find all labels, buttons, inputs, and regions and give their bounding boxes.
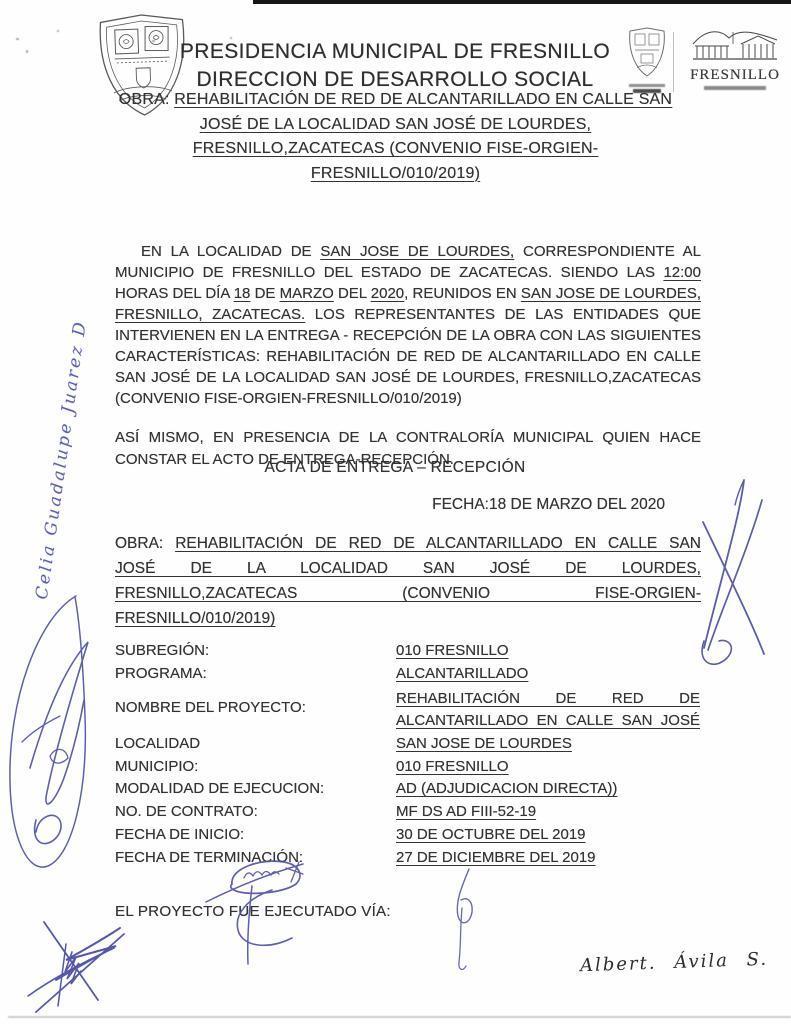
obra-heading: OBRA: REHABILITACIÓN DE RED DE ALCANTARI…	[92, 88, 699, 186]
field-value: MF DS AD FIII-52-19	[396, 803, 700, 820]
obra-label: OBRA:	[119, 91, 170, 108]
logo-divider	[673, 32, 674, 92]
signature-thin-center-right	[457, 869, 472, 969]
field-label: MODALIDAD DE EJECUCION:	[115, 780, 324, 797]
field-label: FECHA DE INICIO:	[115, 826, 244, 843]
text-segment: SAN JOSE DE LOURDES,	[320, 243, 514, 260]
field-label: PROGRAMA:	[115, 665, 207, 682]
text-segment: DEL	[334, 285, 371, 302]
obra-label: OBRA:	[115, 535, 163, 552]
text-segment: , REUNIDOS EN	[404, 285, 521, 302]
field-value: 010 FRESNILLO	[396, 758, 700, 775]
text-segment: HORAS DEL DÍA	[115, 285, 234, 302]
scan-bottom-edge-artifact	[8, 1016, 791, 1018]
text-segment: EN LA LOCALIDAD DE	[141, 243, 320, 260]
field-value: ALCANTARILLADO	[396, 665, 700, 682]
fresnillo-tagline-line	[704, 86, 766, 90]
fresnillo-building-icon	[685, 26, 785, 64]
field-row-fecha-inicio: FECHA DE INICIO: 30 DE OCTUBRE DEL 2019	[115, 826, 701, 848]
field-label: MUNICIPIO:	[115, 758, 198, 775]
text-segment: MARZO	[280, 285, 334, 302]
field-value: AD (ADJUDICACION DIRECTA))	[396, 780, 700, 797]
field-label: FECHA DE TERMINACIÓN:	[115, 849, 303, 866]
scan-edge-artifact	[253, 0, 791, 4]
ayuntamiento-crest-icon	[627, 26, 667, 82]
obra-heading-line1: OBRA: REHABILITACIÓN DE RED DE ALCANTARI…	[92, 88, 699, 113]
text-segment: 12:00	[663, 264, 701, 281]
field-value: 010 FRESNILLO	[396, 642, 700, 659]
field-row-programa: PROGRAMA: ALCANTARILLADO	[115, 665, 701, 687]
obra-restate-line2: JOSÉ DE LA LOCALIDAD SAN JOSÉ DE LOURDES…	[115, 556, 701, 581]
fresnillo-logo: FRESNILLO	[682, 26, 788, 90]
acta-title: ACTA DE ENTREGA – RECEPCIÓN	[115, 459, 675, 477]
field-row-nombre-proyecto: NOMBRE DEL PROYECTO: REHABILITACIÓN DE R…	[115, 688, 701, 734]
obra-heading-line3: FRESNILLO,ZACATECAS (CONVENIO FISE-ORGIE…	[92, 137, 699, 162]
field-row-subregion: SUBREGIÓN: 010 FRESNILLO	[115, 642, 701, 664]
field-row-contrato: NO. DE CONTRATO: MF DS AD FIII-52-19	[115, 803, 701, 825]
text-segment: 18	[234, 285, 251, 302]
text-segment: DE	[250, 285, 279, 302]
obra-restate-line4: FRESNILLO/010/2019)	[115, 606, 701, 631]
field-label: LOCALIDAD	[115, 735, 200, 752]
field-row-modalidad: MODALIDAD DE EJECUCION: AD (ADJUDICACION…	[115, 780, 701, 802]
field-row-fecha-terminacion: FECHA DE TERMINACIÓN: 27 DE DICIEMBRE DE…	[115, 849, 701, 871]
field-value: 27 DE DICIEMBRE DEL 2019	[396, 849, 700, 866]
signature-bottom-left	[28, 922, 124, 1012]
scan-speck	[57, 30, 59, 32]
field-row-municipio: MUNICIPIO: 010 FRESNILLO	[115, 758, 701, 780]
field-value-multiline: REHABILITACIÓN DE RED DE ALCANTARILLADO …	[396, 688, 700, 732]
obra-restate-line1: OBRA: REHABILITACIÓN DE RED DE ALCANTARI…	[115, 531, 701, 556]
intro-paragraph: EN LA LOCALIDAD DE SAN JOSE DE LOURDES, …	[115, 241, 701, 409]
field-value: 30 DE OCTUBRE DEL 2019	[396, 826, 700, 843]
page-title: PRESIDENCIA MUNICIPAL DE FRESNILLO	[170, 38, 620, 66]
signature-left-ellipse	[10, 596, 88, 867]
field-value: SAN JOSE DE LOURDES	[396, 735, 700, 752]
obra-heading-line4: FRESNILLO/010/2019)	[92, 162, 699, 187]
obra-restate: OBRA: REHABILITACIÓN DE RED DE ALCANTARI…	[115, 531, 701, 631]
scan-speck	[16, 38, 19, 40]
text-segment: 2020	[371, 285, 404, 302]
footer-ejecutado-line: EL PROYECTO FUE EJECUTADO VÍA:	[115, 903, 391, 920]
signature-right-large	[702, 480, 764, 664]
fecha-line: FECHA:18 DE MARZO DEL 2020	[115, 496, 665, 514]
margin-handwritten-name: Celia Guadalupe Juarez D	[32, 319, 91, 601]
scanned-document-page: PRESIDENCIA MUNICIPAL DE FRESNILLO DIREC…	[0, 0, 791, 1024]
field-row-localidad: LOCALIDAD SAN JOSE DE LOURDES	[115, 735, 701, 757]
field-label: NOMBRE DEL PROYECTO:	[115, 699, 306, 716]
field-label: SUBREGIÓN:	[115, 642, 209, 659]
document-header: PRESIDENCIA MUNICIPAL DE FRESNILLO DIREC…	[170, 38, 620, 94]
obra-restate-line3: FRESNILLO,ZACATECAS (CONVENIO FISE-ORGIE…	[115, 581, 701, 606]
obra-heading-line2: JOSÉ DE LA LOCALIDAD SAN JOSÉ DE LOURDES…	[92, 113, 699, 138]
scan-speck	[26, 50, 28, 53]
handwritten-name-bottom-right: Albert. Ávila S.	[580, 949, 769, 977]
fresnillo-wordmark: FRESNILLO	[682, 67, 788, 84]
field-label: NO. DE CONTRATO:	[115, 803, 258, 820]
logo-caption-line	[629, 84, 665, 87]
